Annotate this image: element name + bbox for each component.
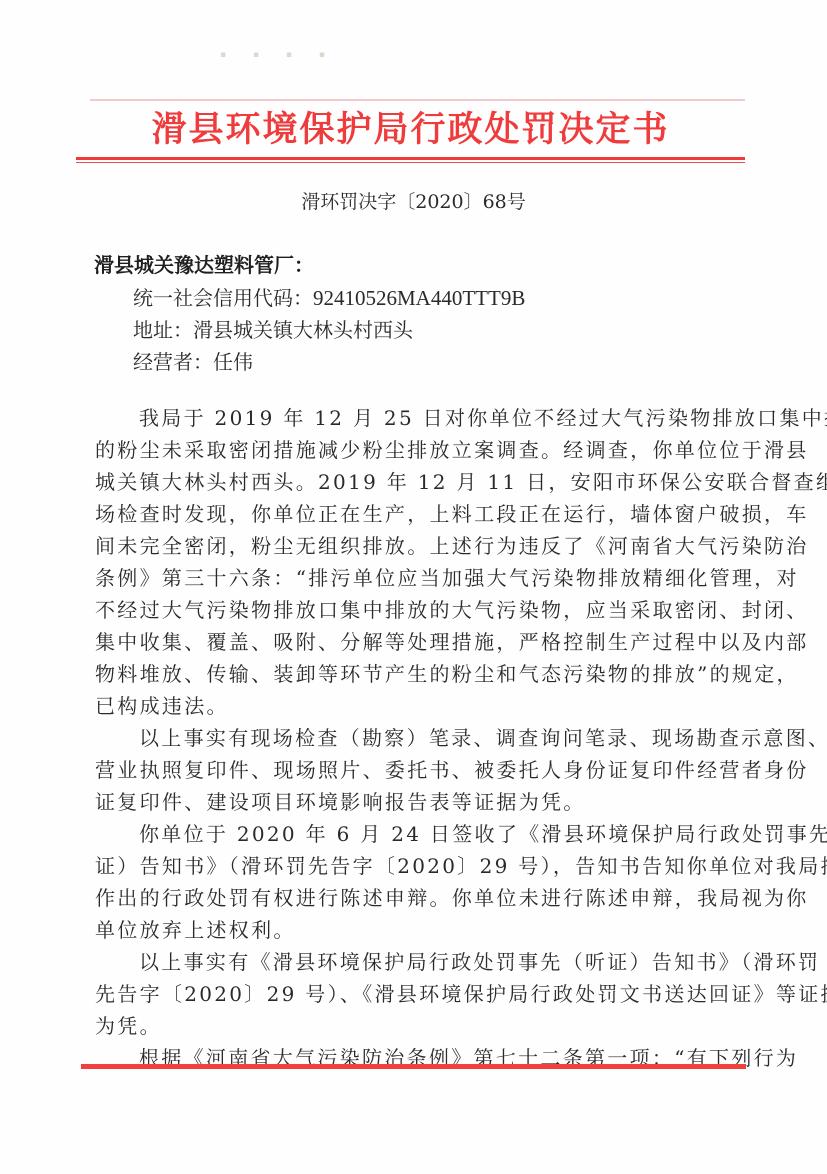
document-number: 滑环罚决字〔2020〕68号	[0, 190, 827, 214]
body-line: 间未完全密闭，粉尘无组织排放。上述行为违反了《河南省大气污染防治	[95, 530, 723, 562]
operator-line: 经营者：任伟	[133, 350, 253, 374]
body-paragraph: 以上事实有《滑县环境保护局行政处罚事先（听证）告知书》（滑环罚先告字〔2020〕…	[95, 946, 723, 1042]
body-line: 作出的行政处罚有权进行陈述申辩。你单位未进行陈述申辩，我局视为你	[95, 882, 723, 914]
body-line: 以上事实有现场检查（勘察）笔录、调查询问笔录、现场勘查示意图、	[95, 722, 723, 754]
footer-red-rule	[81, 1064, 746, 1069]
header-red-rule-thick	[76, 157, 745, 160]
body-line: 集中收集、覆盖、吸附、分解等处理措施，严格控制生产过程中以及内部	[95, 626, 723, 658]
body-paragraph: 以上事实有现场检查（勘察）笔录、调查询问笔录、现场勘查示意图、营业执照复印件、现…	[95, 722, 723, 818]
credit-code-label: 统一社会信用代码：	[133, 286, 313, 310]
header-faint-rule	[90, 99, 745, 101]
body-paragraph: 我局于 2019 年 12 月 25 日对你单位不经过大气污染物排放口集中排放的…	[95, 402, 723, 722]
body-line: 根据《河南省大气污染防治条例》第七十二条第一项：“有下列行为	[95, 1042, 723, 1074]
document-body: 我局于 2019 年 12 月 25 日对你单位不经过大气污染物排放口集中排放的…	[95, 402, 723, 1074]
scan-artifact: ▪ ▪ ▪ ▪	[220, 50, 410, 60]
body-line: 你单位于 2020 年 6 月 24 日签收了《滑县环境保护局行政处罚事先（听	[95, 818, 723, 850]
body-line: 单位放弃上述权利。	[95, 914, 723, 946]
body-line: 证复印件、建设项目环境影响报告表等证据为凭。	[95, 786, 723, 818]
body-line: 我局于 2019 年 12 月 25 日对你单位不经过大气污染物排放口集中排放	[95, 402, 723, 434]
operator-label: 经营者：	[133, 350, 213, 374]
body-line: 营业执照复印件、现场照片、委托书、被委托人身份证复印件经营者身份	[95, 754, 723, 786]
body-line: 场检查时发现，你单位正在生产，上料工段正在运行，墙体窗户破损，车	[95, 498, 723, 530]
document-title: 滑县环境保护局行政处罚决定书	[76, 107, 745, 153]
body-line: 的粉尘未采取密闭措施减少粉尘排放立案调查。经调查，你单位位于滑县	[95, 434, 723, 466]
body-line: 为凭。	[95, 1010, 723, 1042]
header-red-rule-thin	[76, 162, 745, 163]
body-line: 以上事实有《滑县环境保护局行政处罚事先（听证）告知书》（滑环罚	[95, 946, 723, 978]
credit-code-value: 92410526MA440TTT9B	[313, 286, 525, 310]
body-line: 城关镇大林头村西头。2019 年 12 月 11 日，安阳市环保公安联合督查组现	[95, 466, 723, 498]
body-line: 已构成违法。	[95, 690, 723, 722]
document-page: ▪ ▪ ▪ ▪ 滑县环境保护局行政处罚决定书 滑环罚决字〔2020〕68号 滑县…	[0, 0, 827, 1174]
credit-code-line: 统一社会信用代码：92410526MA440TTT9B	[133, 286, 525, 310]
body-paragraph: 你单位于 2020 年 6 月 24 日签收了《滑县环境保护局行政处罚事先（听证…	[95, 818, 723, 946]
recipient-name: 滑县城关豫达塑料管厂：	[94, 253, 314, 277]
body-paragraph: 根据《河南省大气污染防治条例》第七十二条第一项：“有下列行为	[95, 1042, 723, 1074]
body-line: 条例》第三十六条：“排污单位应当加强大气污染物排放精细化管理，对	[95, 562, 723, 594]
body-line: 先告字〔2020〕29 号）、《滑县环境保护局行政处罚文书送达回证》等证据	[95, 978, 723, 1010]
address-label: 地址：	[133, 318, 193, 342]
operator-value: 任伟	[213, 350, 253, 374]
address-value: 滑县城关镇大林头村西头	[193, 318, 413, 342]
body-line: 证）告知书》（滑环罚先告字〔2020〕29 号），告知书告知你单位对我局拟	[95, 850, 723, 882]
address-line: 地址：滑县城关镇大林头村西头	[133, 318, 413, 342]
body-line: 不经过大气污染物排放口集中排放的大气污染物，应当采取密闭、封闭、	[95, 594, 723, 626]
body-line: 物料堆放、传输、装卸等环节产生的粉尘和气态污染物的排放”的规定，	[95, 658, 723, 690]
